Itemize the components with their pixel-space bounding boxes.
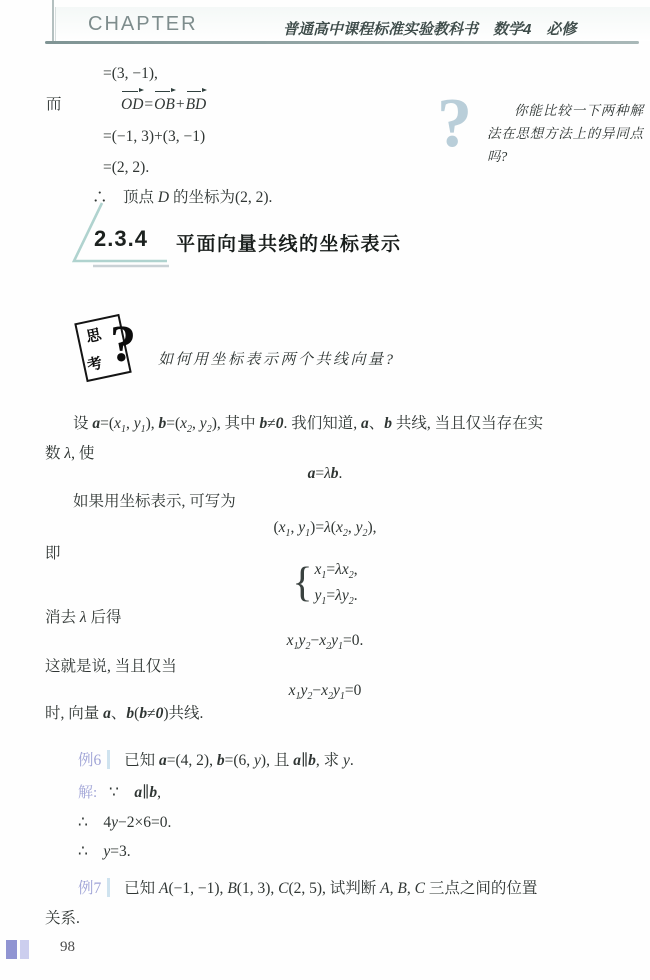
header-rule bbox=[45, 41, 639, 44]
margin-note: 你能比较一下两种解法在思想方法上的异同点吗? bbox=[487, 99, 643, 168]
example-7: 例7 已知 A(−1, −1), B(1, 3), C(2, 5), 试判断 A… bbox=[78, 878, 537, 900]
formula-a-lambda-b: a=λb. bbox=[45, 463, 605, 485]
paragraph-1-line-2: 数 λ, 使 bbox=[45, 443, 94, 465]
paragraph-1-line-1: 设 a=(x1, y1), b=(x2, y2), 其中 b≠0. 我们知道, … bbox=[45, 413, 543, 435]
system-equation-2: y1=λy2. bbox=[315, 583, 358, 609]
system-brace: { bbox=[292, 557, 312, 609]
section-number: 2.3.4 bbox=[94, 226, 148, 252]
footer-decoration-bar-1 bbox=[6, 940, 17, 959]
think-question-mark-icon: ? bbox=[110, 316, 136, 374]
paragraph-4: 消去 λ 后得 bbox=[45, 607, 122, 629]
think-question-text: 如何用坐标表示两个共线向量? bbox=[158, 348, 396, 369]
derivation-line-1: =(3, −1), bbox=[103, 63, 158, 85]
textbook-page: CHAPTER 普通高中课程标准实验教科书 数学4 必修 =(3, −1), 而… bbox=[0, 0, 650, 980]
question-mark-icon: ? bbox=[437, 84, 472, 164]
formula-criterion-dot: x1y2−x2y1=0. bbox=[45, 630, 605, 652]
example-7-label: 例7 bbox=[78, 880, 101, 897]
example-6-solution-line-2: ∴ 4y−2×6=0. bbox=[78, 812, 171, 834]
example-7-statement: 已知 A(−1, −1), B(1, 3), C(2, 5), 试判断 A, B… bbox=[124, 880, 537, 897]
page-number: 98 bbox=[60, 939, 75, 956]
solution-step-1: ∵ a∥b, bbox=[109, 784, 161, 801]
header-left-line bbox=[52, 0, 54, 41]
example-7-label-highlight bbox=[107, 878, 110, 897]
paragraph-6: 时, 向量 a、b(b≠0)共线. bbox=[45, 703, 203, 725]
example-6-solution-line-1: 解: ∵ a∥b, bbox=[78, 782, 161, 804]
chapter-label: CHAPTER bbox=[88, 13, 198, 36]
system-equation-1: x1=λx2, bbox=[315, 557, 358, 583]
equation-system: { x1=λx2, y1=λy2. bbox=[45, 557, 605, 609]
footer-decoration-bar-2 bbox=[20, 940, 29, 959]
derivation-line-4: =(2, 2). bbox=[103, 157, 149, 179]
section-title: 平面向量共线的坐标表示 bbox=[176, 229, 402, 256]
derivation-line-3: =(−1, 3)+(3, −1) bbox=[103, 126, 205, 148]
example-6: 例6 已知 a=(4, 2), b=(6, y), 且 a∥b, 求 y. bbox=[78, 750, 354, 772]
example-7-statement-continued: 关系. bbox=[45, 908, 80, 930]
book-title: 普通高中课程标准实验教科书 数学4 必修 bbox=[283, 18, 576, 39]
solution-label: 解: bbox=[78, 785, 97, 801]
example-6-label-highlight bbox=[107, 750, 110, 769]
formula-criterion: x1y2−x2y1=0 bbox=[45, 680, 605, 702]
formula-coordinates: (x1, y1)=λ(x2, y2), bbox=[45, 517, 605, 539]
derivation-line-2-prefix: 而 bbox=[46, 94, 62, 116]
example-6-label: 例6 bbox=[78, 752, 101, 769]
paragraph-5: 这就是说, 当且仅当 bbox=[45, 656, 177, 678]
example-6-statement: 已知 a=(4, 2), b=(6, y), 且 a∥b, 求 y. bbox=[124, 752, 354, 769]
derivation-line-2-formula: OD=OB+BD bbox=[120, 91, 207, 116]
paragraph-2: 如果用坐标表示, 可写为 bbox=[45, 491, 236, 513]
example-6-solution-line-3: ∴ y=3. bbox=[78, 841, 131, 863]
